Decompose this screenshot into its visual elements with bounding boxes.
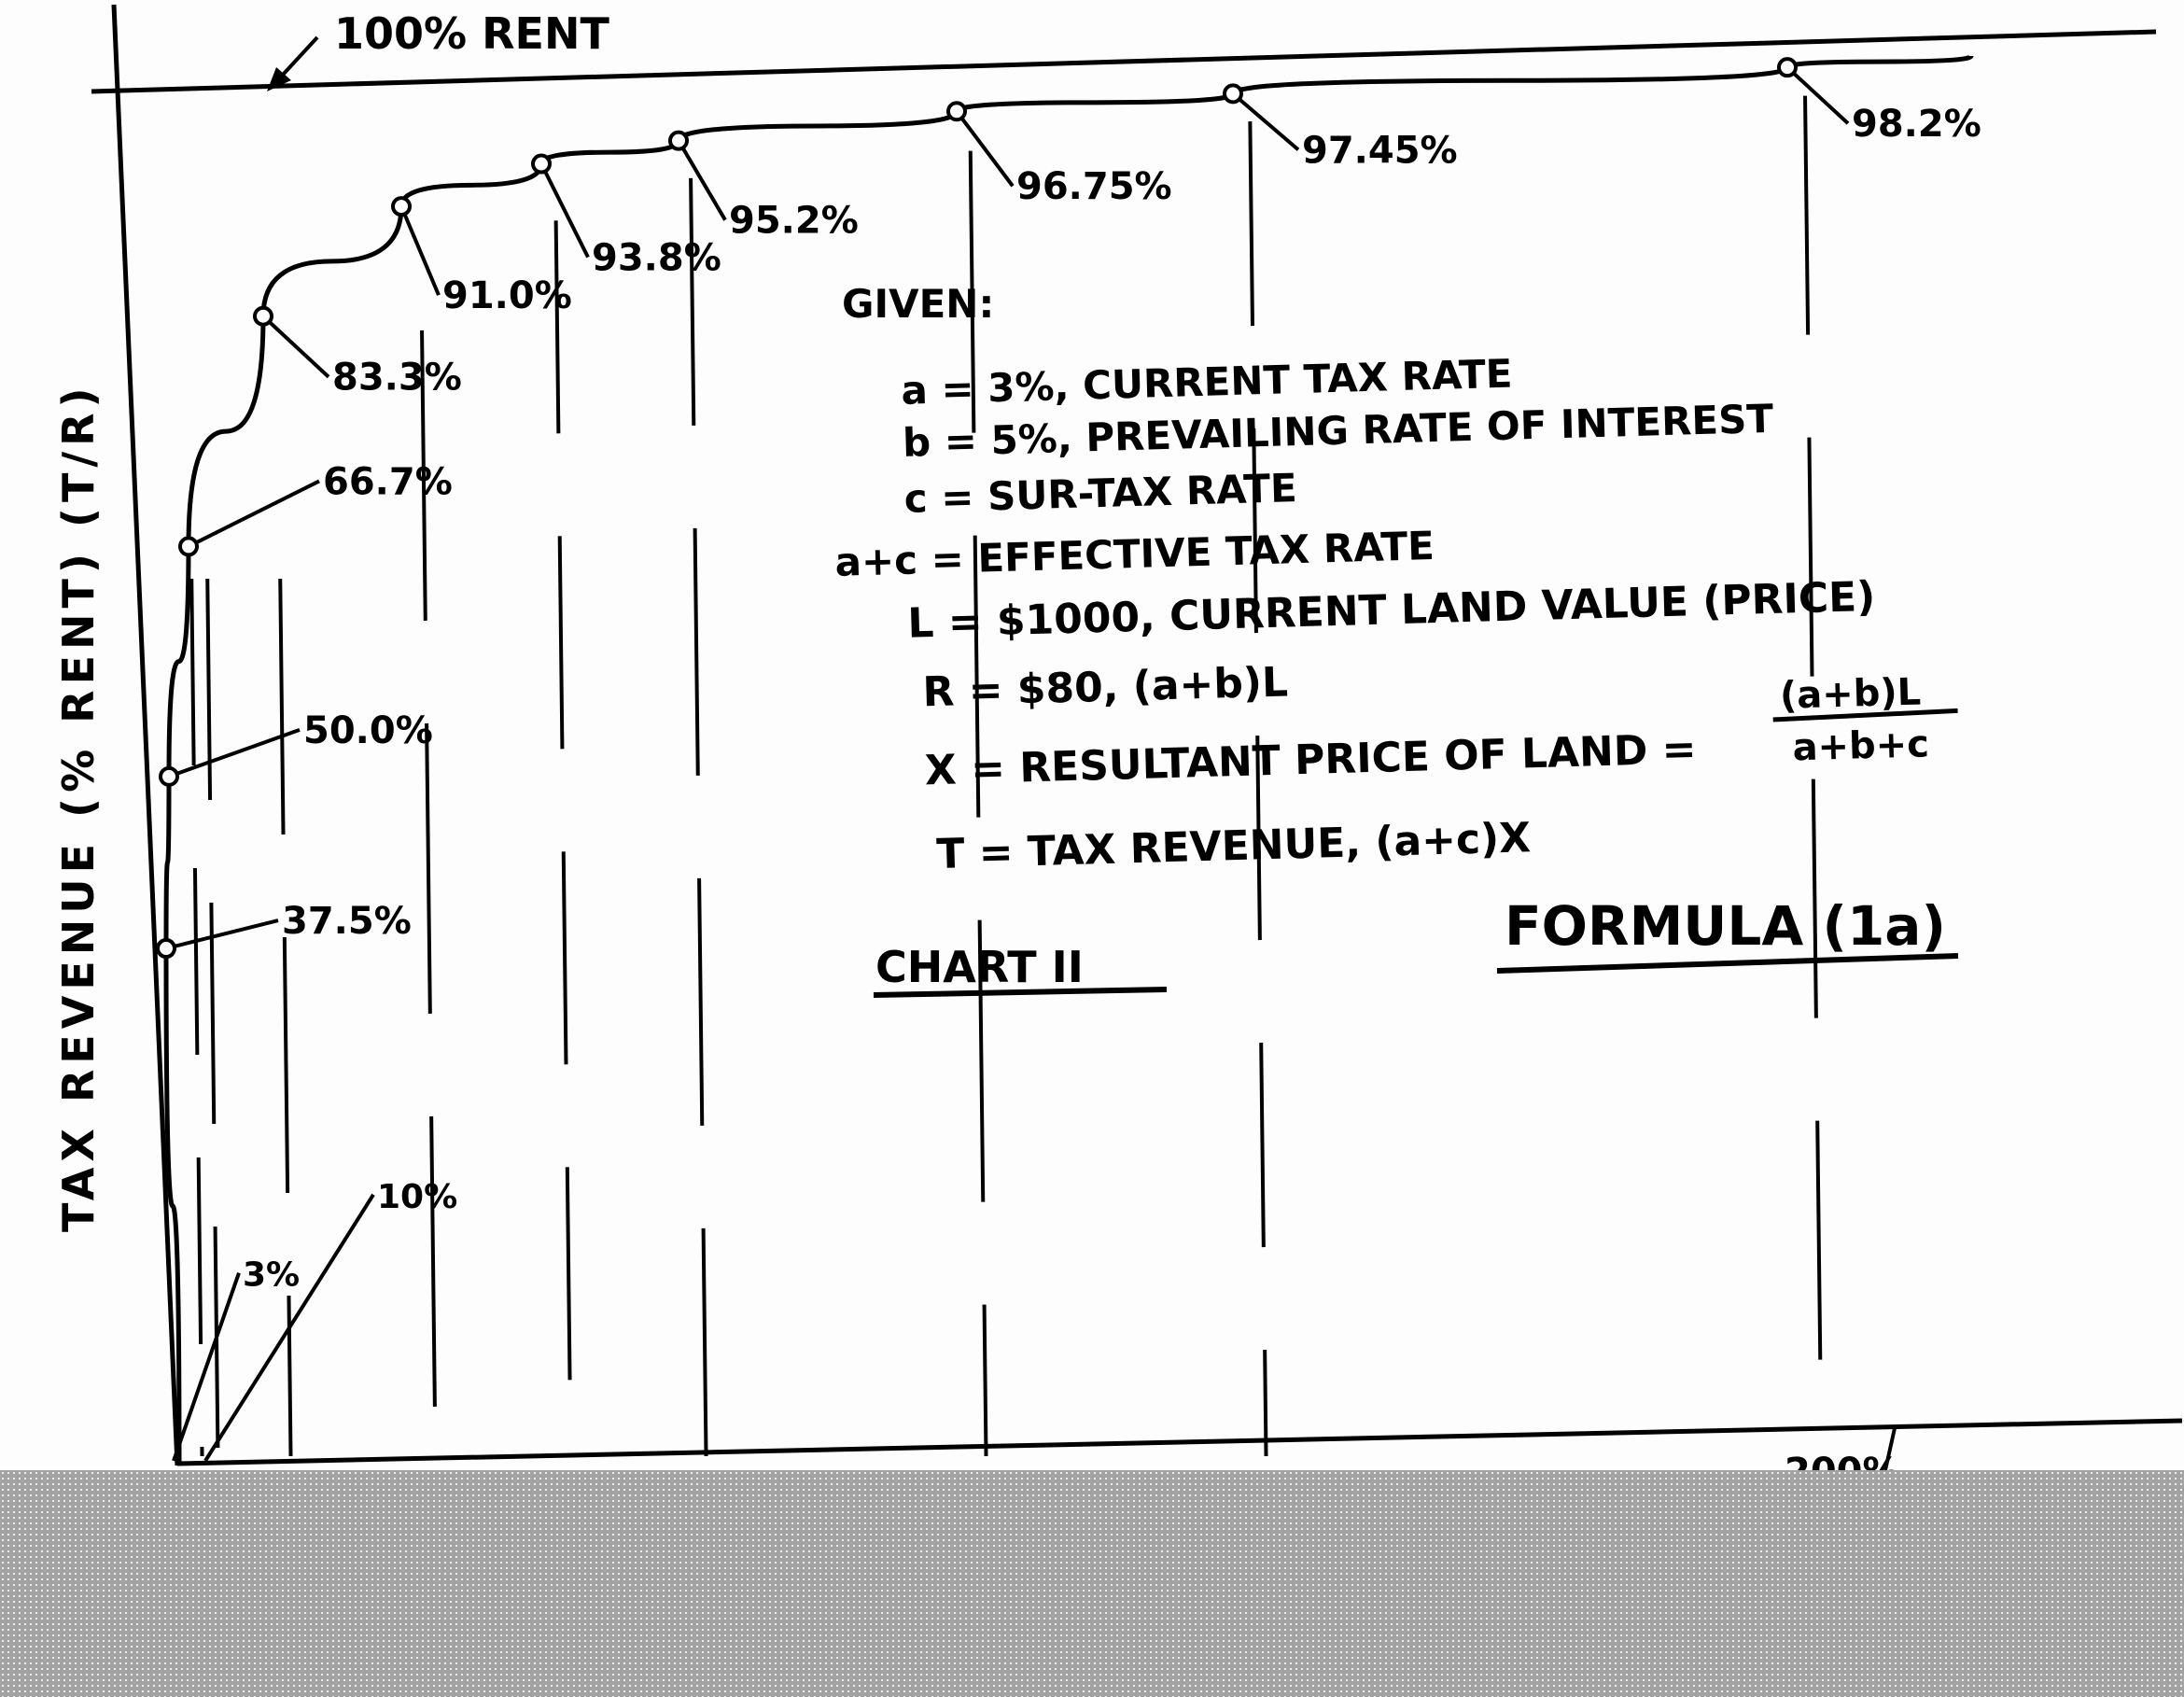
guide-segment [564,851,567,1064]
data-point-label: 95.2% [729,200,859,243]
guide-segment [560,536,563,749]
point-leader-line [174,1273,239,1461]
given-line-x: X = RESULTANT PRICE OF LAND = [924,725,1697,794]
point-leader-line [541,164,588,258]
data-point-marker [948,103,965,119]
data-point-label: 50.0% [303,709,433,752]
guide-segment [191,579,193,765]
guide-segment [704,1228,707,1456]
guide-segment [285,937,287,1193]
chart-paper: 100% RENT TAX REVENUE (% RENT) (T/R) 3%1… [0,0,2184,1697]
guide-segment [280,579,283,834]
data-point-label: 98.2% [1852,103,1981,146]
redaction-overlay [0,1470,2184,1697]
given-line-t: T = TAX REVENUE, (a+c)X [936,814,1532,878]
guide-segment [207,579,210,800]
data-point-label: 83.3% [332,357,462,400]
guide-segment [1261,1043,1264,1247]
guide-segment [1250,121,1253,326]
guide-segment [431,1116,435,1407]
y-axis-label: TAX REVENUE (% RENT) (T/R) [53,382,104,1232]
given-line-a: a = 3%, CURRENT TAX RATE [901,351,1513,414]
hundred-percent-rent-label: 100% RENT [334,8,609,59]
guide-segment [695,528,698,776]
point-leader-line [1787,67,1848,123]
point-leader-line [169,730,300,777]
point-leader-line [166,920,278,948]
formula-label-underline [1497,956,1958,971]
guide-segment [985,1305,987,1456]
data-point-marker [161,768,177,785]
guide-segment [288,1296,290,1456]
guide-segment [427,723,430,1014]
point-leader-line [189,481,319,546]
guide-segment [199,1157,201,1344]
data-point-label: 10% [377,1178,457,1216]
chart-title: CHART II [875,942,1084,992]
given-line-a-plus-c: a+c = EFFECTIVE TAX RATE [834,523,1435,585]
given-line-c: c = SUR-TAX RATE [903,465,1297,522]
guide-segment [556,220,559,433]
data-point-label: 93.8% [592,237,721,280]
data-point-marker [393,198,410,215]
point-leader-line [679,141,725,220]
given-heading: GIVEN: [842,281,994,327]
data-point-label: 3% [243,1256,300,1295]
data-point-label: 91.0% [442,274,572,317]
guide-segment [195,868,197,1055]
point-leader-line [957,111,1013,186]
guide-segment [691,178,693,426]
guide-segment [699,878,702,1126]
chart-canvas: 100% RENT TAX REVENUE (% RENT) (T/R) 3%1… [0,0,2184,1697]
data-point-label: 66.7% [323,460,453,503]
data-point-marker [1779,59,1796,76]
point-leader-line [263,316,329,377]
data-point-marker [255,308,272,325]
given-line-r: R = $80, (a+b)L [922,658,1289,716]
fraction-numerator: (a+b)L [1779,671,1921,718]
data-point-marker [158,940,175,957]
data-point-label: 37.5% [282,900,412,943]
given-line-l: L = $1000, CURRENT LAND VALUE (PRICE) [907,573,1876,648]
guide-segment [1805,96,1808,335]
data-point-marker [670,133,687,149]
guide-segment [1809,438,1812,677]
guide-segment [1817,1121,1820,1360]
fraction-denominator: a+b+c [1792,722,1930,769]
data-point-marker [180,538,197,554]
data-point-marker [533,156,550,173]
formula-label: FORMULA (1a) [1505,894,1946,958]
data-point-label: 96.75% [1016,165,1172,208]
data-point-marker [1225,85,1241,102]
point-leader-line [401,206,439,295]
guide-segment [567,1167,570,1380]
point-leader-line [1233,93,1298,149]
guide-segment [1265,1350,1266,1456]
data-point-label: 97.45% [1302,129,1458,172]
